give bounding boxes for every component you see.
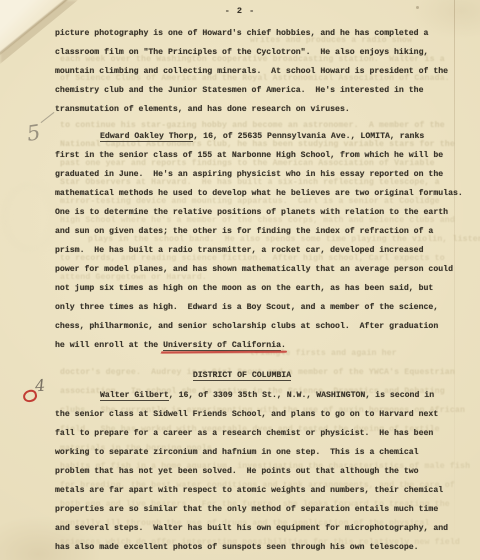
- typed-text: he will enroll at the: [55, 341, 163, 350]
- section-heading: DISTRICT OF COLUMBIA: [55, 366, 455, 385]
- typed-line: Edward Oakley Thorp, 16, of 25635 Pennsy…: [55, 127, 455, 146]
- typed-line: prism. He has built a radio transmitter,…: [55, 241, 455, 260]
- typed-line: fall to prepare for a career as a resear…: [55, 424, 455, 443]
- typed-line: picture photography is one of Howard's c…: [55, 24, 455, 43]
- typed-line: One is to determine the relative positio…: [55, 203, 455, 222]
- typed-text: not jump six times as high on the moon a…: [55, 284, 433, 293]
- typed-line: Walter Gilbert, 16, of 3309 35th St., N.…: [55, 386, 455, 405]
- typed-text: fall to prepare for a career as a resear…: [55, 429, 433, 438]
- typed-text: chemistry club and the Junior Statesmen …: [55, 86, 424, 95]
- typed-text: properties are so similar that the only …: [55, 505, 438, 514]
- typed-line: power for model planes, and has shown ma…: [55, 260, 455, 279]
- margin-annotation-red-circle: [22, 388, 38, 403]
- typed-text: mountain climbing and collecting mineral…: [55, 67, 448, 76]
- typed-line: classroom film on "The Principles of the…: [55, 43, 455, 62]
- typed-line: metals are far apart with respect to ato…: [55, 481, 455, 500]
- margin-annotation-pencil-5: 5: [25, 120, 42, 146]
- typed-line: mountain climbing and collecting mineral…: [55, 62, 455, 81]
- typed-text: and several steps. Walter has built his …: [55, 524, 448, 533]
- typed-line: first in the senior class of 155 at Narb…: [55, 146, 455, 165]
- typed-text: the senior class at Sidwell Friends Scho…: [55, 410, 438, 419]
- typed-text: mathematical methods he used to develop …: [55, 189, 463, 198]
- typed-text: chess, philharmonic, and senior scholars…: [55, 322, 438, 331]
- scanned-typewritten-page: writes and produces a radio showeach wee…: [0, 0, 480, 560]
- typed-line: the senior class at Sidwell Friends Scho…: [55, 405, 455, 424]
- red-underlined-text: University of California: [163, 341, 281, 351]
- underlined-name: Walter Gilbert: [100, 391, 169, 401]
- typed-text: metals are far apart with respect to ato…: [55, 486, 443, 495]
- typed-line: and sun on given dates; the other is for…: [55, 222, 455, 241]
- typed-line: only three times as high. Edward is a Bo…: [55, 298, 455, 317]
- typed-text: classroom film on "The Principles of the…: [55, 48, 428, 57]
- typed-text-column: picture photography is one of Howard's c…: [55, 24, 455, 557]
- typed-text: , 16, of 3309 35th St., N.W., WASHINGTON…: [169, 391, 434, 400]
- typed-line: problem that has not yet been solved. He…: [55, 462, 455, 481]
- page-number: - 2 -: [0, 5, 480, 17]
- typed-text: transmutation of elements, and has done …: [55, 105, 350, 114]
- typed-text: problem that has not yet been solved. He…: [55, 467, 419, 476]
- typed-line: he will enroll at the University of Cali…: [55, 336, 455, 355]
- typed-text: first in the senior class of 155 at Narb…: [55, 151, 443, 160]
- typed-line: graduated in June. He's an aspiring phys…: [55, 165, 455, 184]
- typed-text: One is to determine the relative positio…: [55, 208, 448, 217]
- typed-text: working to separate zirconium and hafniu…: [55, 448, 419, 457]
- typed-line: chemistry club and the Junior Statesmen …: [55, 81, 455, 100]
- typed-line: working to separate zirconium and hafniu…: [55, 443, 455, 462]
- section-heading-text: DISTRICT OF COLUMBIA: [193, 371, 291, 381]
- typed-line: not jump six times as high on the moon a…: [55, 279, 455, 298]
- typed-line: mathematical methods he used to develop …: [55, 184, 455, 203]
- typed-line: transmutation of elements, and has done …: [55, 100, 455, 119]
- typed-text: .: [281, 341, 286, 350]
- paragraph: Edward Oakley Thorp, 16, of 25635 Pennsy…: [55, 127, 455, 355]
- typed-line: DISTRICT OF COLUMBIA: [42, 366, 442, 385]
- typed-text: has also made excellent photos of sunspo…: [55, 543, 419, 552]
- typed-text: , 16, of 25635 Pennsylvania Ave., LOMITA…: [193, 132, 424, 141]
- typed-line: chess, philharmonic, and senior scholars…: [55, 317, 455, 336]
- typed-text: picture photography is one of Howard's c…: [55, 29, 428, 38]
- typed-text: graduated in June. He's an aspiring phys…: [55, 170, 443, 179]
- typed-line: properties are so similar that the only …: [55, 500, 455, 519]
- pencil-5-tail-stroke: [40, 112, 54, 123]
- paragraph: picture photography is one of Howard's c…: [55, 24, 455, 119]
- underlined-name: Edward Oakley Thorp: [100, 132, 193, 142]
- typed-text: and sun on given dates; the other is for…: [55, 227, 433, 236]
- typed-line: has also made excellent photos of sunspo…: [55, 538, 455, 557]
- typed-line: and several steps. Walter has built his …: [55, 519, 455, 538]
- paragraph: Walter Gilbert, 16, of 3309 35th St., N.…: [55, 386, 455, 557]
- typed-text: prism. He has built a radio transmitter,…: [55, 246, 424, 255]
- paper-watermark: [2, 182, 58, 252]
- typed-text: only three times as high. Edward is a Bo…: [55, 303, 438, 312]
- typed-text: power for model planes, and has shown ma…: [55, 265, 453, 274]
